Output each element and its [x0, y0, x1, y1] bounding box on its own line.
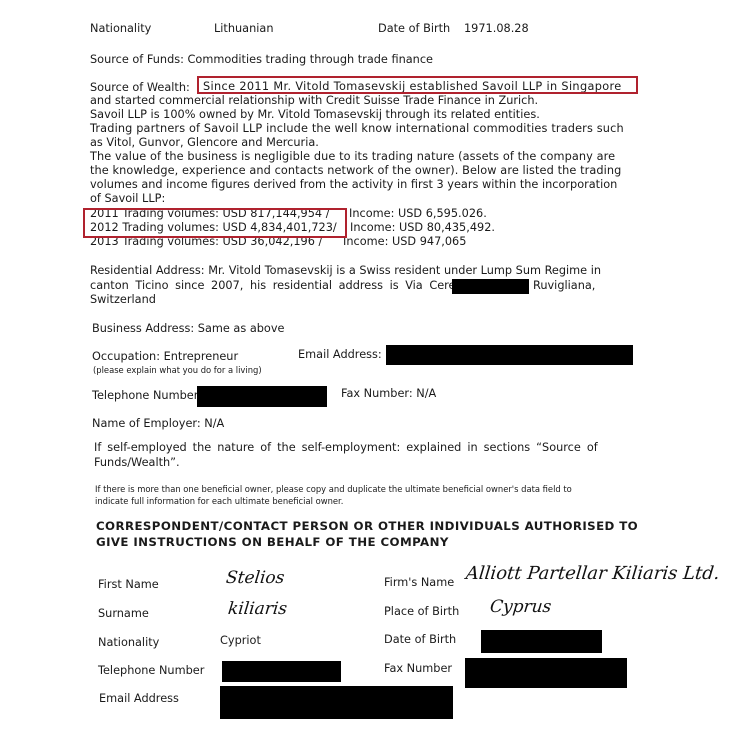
residential-line: canton Ticino since 2007, his residentia… [90, 279, 471, 293]
trading-2012-income: Income: USD 80,435,492. [350, 221, 495, 235]
wealth-line: Trading partners of Savoil LLP include t… [90, 122, 624, 136]
wealth-line: volumes and income figures derived from … [90, 178, 617, 192]
redacted-block [197, 386, 327, 407]
email-label: Email Address: [298, 348, 382, 362]
wealth-line: Savoil LLP is 100% owned by Mr. Vitold T… [90, 108, 540, 122]
surname-value: kiliaris [227, 599, 288, 619]
nationality-label: Nationality [98, 636, 159, 649]
place-of-birth-label: Place of Birth [384, 605, 459, 618]
first-name-label: First Name [98, 578, 159, 591]
note-line: indicate full information for each ultim… [95, 496, 343, 507]
residential-line: Residential Address: Mr. Vitold Tomasevs… [90, 264, 601, 278]
redacted-block [220, 686, 453, 719]
dob-label: Date of Birth [378, 22, 450, 36]
occupation: Occupation: Entrepreneur [92, 350, 238, 364]
telephone-label: Telephone Number: [92, 389, 202, 403]
wealth-line: The value of the business is negligible … [90, 150, 615, 164]
wealth-line: the knowledge, experience and contacts n… [90, 164, 621, 178]
redacted-block [452, 279, 529, 294]
red-highlight-box [197, 76, 638, 94]
firm-label: Firm's Name [384, 576, 454, 589]
residential-line: Switzerland [90, 293, 156, 307]
section-heading: CORRESPONDENT/CONTACT PERSON OR OTHER IN… [96, 518, 634, 550]
nationality-value: Cypriot [220, 634, 261, 647]
redacted-block [222, 661, 341, 682]
place-of-birth-value: Cyprus [489, 597, 552, 617]
trading-2011-income: Income: USD 6,595.026. [349, 207, 487, 221]
firm-value: Alliott Partellar Kiliaris Ltd. [465, 563, 721, 584]
wealth-line: and started commercial relationship with… [90, 94, 538, 108]
telephone-label: Telephone Number [98, 664, 204, 677]
occupation-hint: (please explain what you do for a living… [93, 365, 262, 376]
redacted-block [465, 658, 627, 688]
source-of-wealth-label: Source of Wealth: [90, 81, 190, 95]
source-of-funds: Source of Funds: Commodities trading thr… [90, 53, 433, 67]
business-address: Business Address: Same as above [92, 322, 284, 336]
dob-label: Date of Birth [384, 633, 456, 646]
email-label: Email Address [99, 692, 179, 705]
wealth-line: of Savoil LLP: [90, 192, 165, 206]
redacted-block [386, 345, 633, 365]
nationality-value: Lithuanian [214, 22, 274, 36]
dob-value: 1971.08.28 [464, 22, 529, 36]
heading-line: GIVE INSTRUCTIONS ON BEHALF OF THE COMPA… [96, 534, 634, 550]
fax-label: Fax Number [384, 662, 452, 675]
self-employed-line: Funds/Wealth”. [94, 456, 180, 470]
red-highlight-box [83, 208, 347, 238]
redacted-block [481, 630, 602, 653]
note-line: If there is more than one beneficial own… [95, 484, 572, 495]
fax: Fax Number: N/A [341, 387, 436, 401]
self-employed-line: If self-employed the nature of the self-… [94, 441, 598, 455]
trading-2013-income: Income: USD 947,065 [343, 235, 466, 249]
wealth-line: as Vitol, Gunvor, Glencore and Mercuria. [90, 136, 319, 150]
employer: Name of Employer: N/A [92, 417, 224, 431]
heading-line: CORRESPONDENT/CONTACT PERSON OR OTHER IN… [96, 518, 634, 534]
residential-line: Ruvigliana, [533, 279, 595, 293]
nationality-label: Nationality [90, 22, 151, 36]
surname-label: Surname [98, 607, 149, 620]
first-name-value: Stelios [225, 568, 285, 588]
